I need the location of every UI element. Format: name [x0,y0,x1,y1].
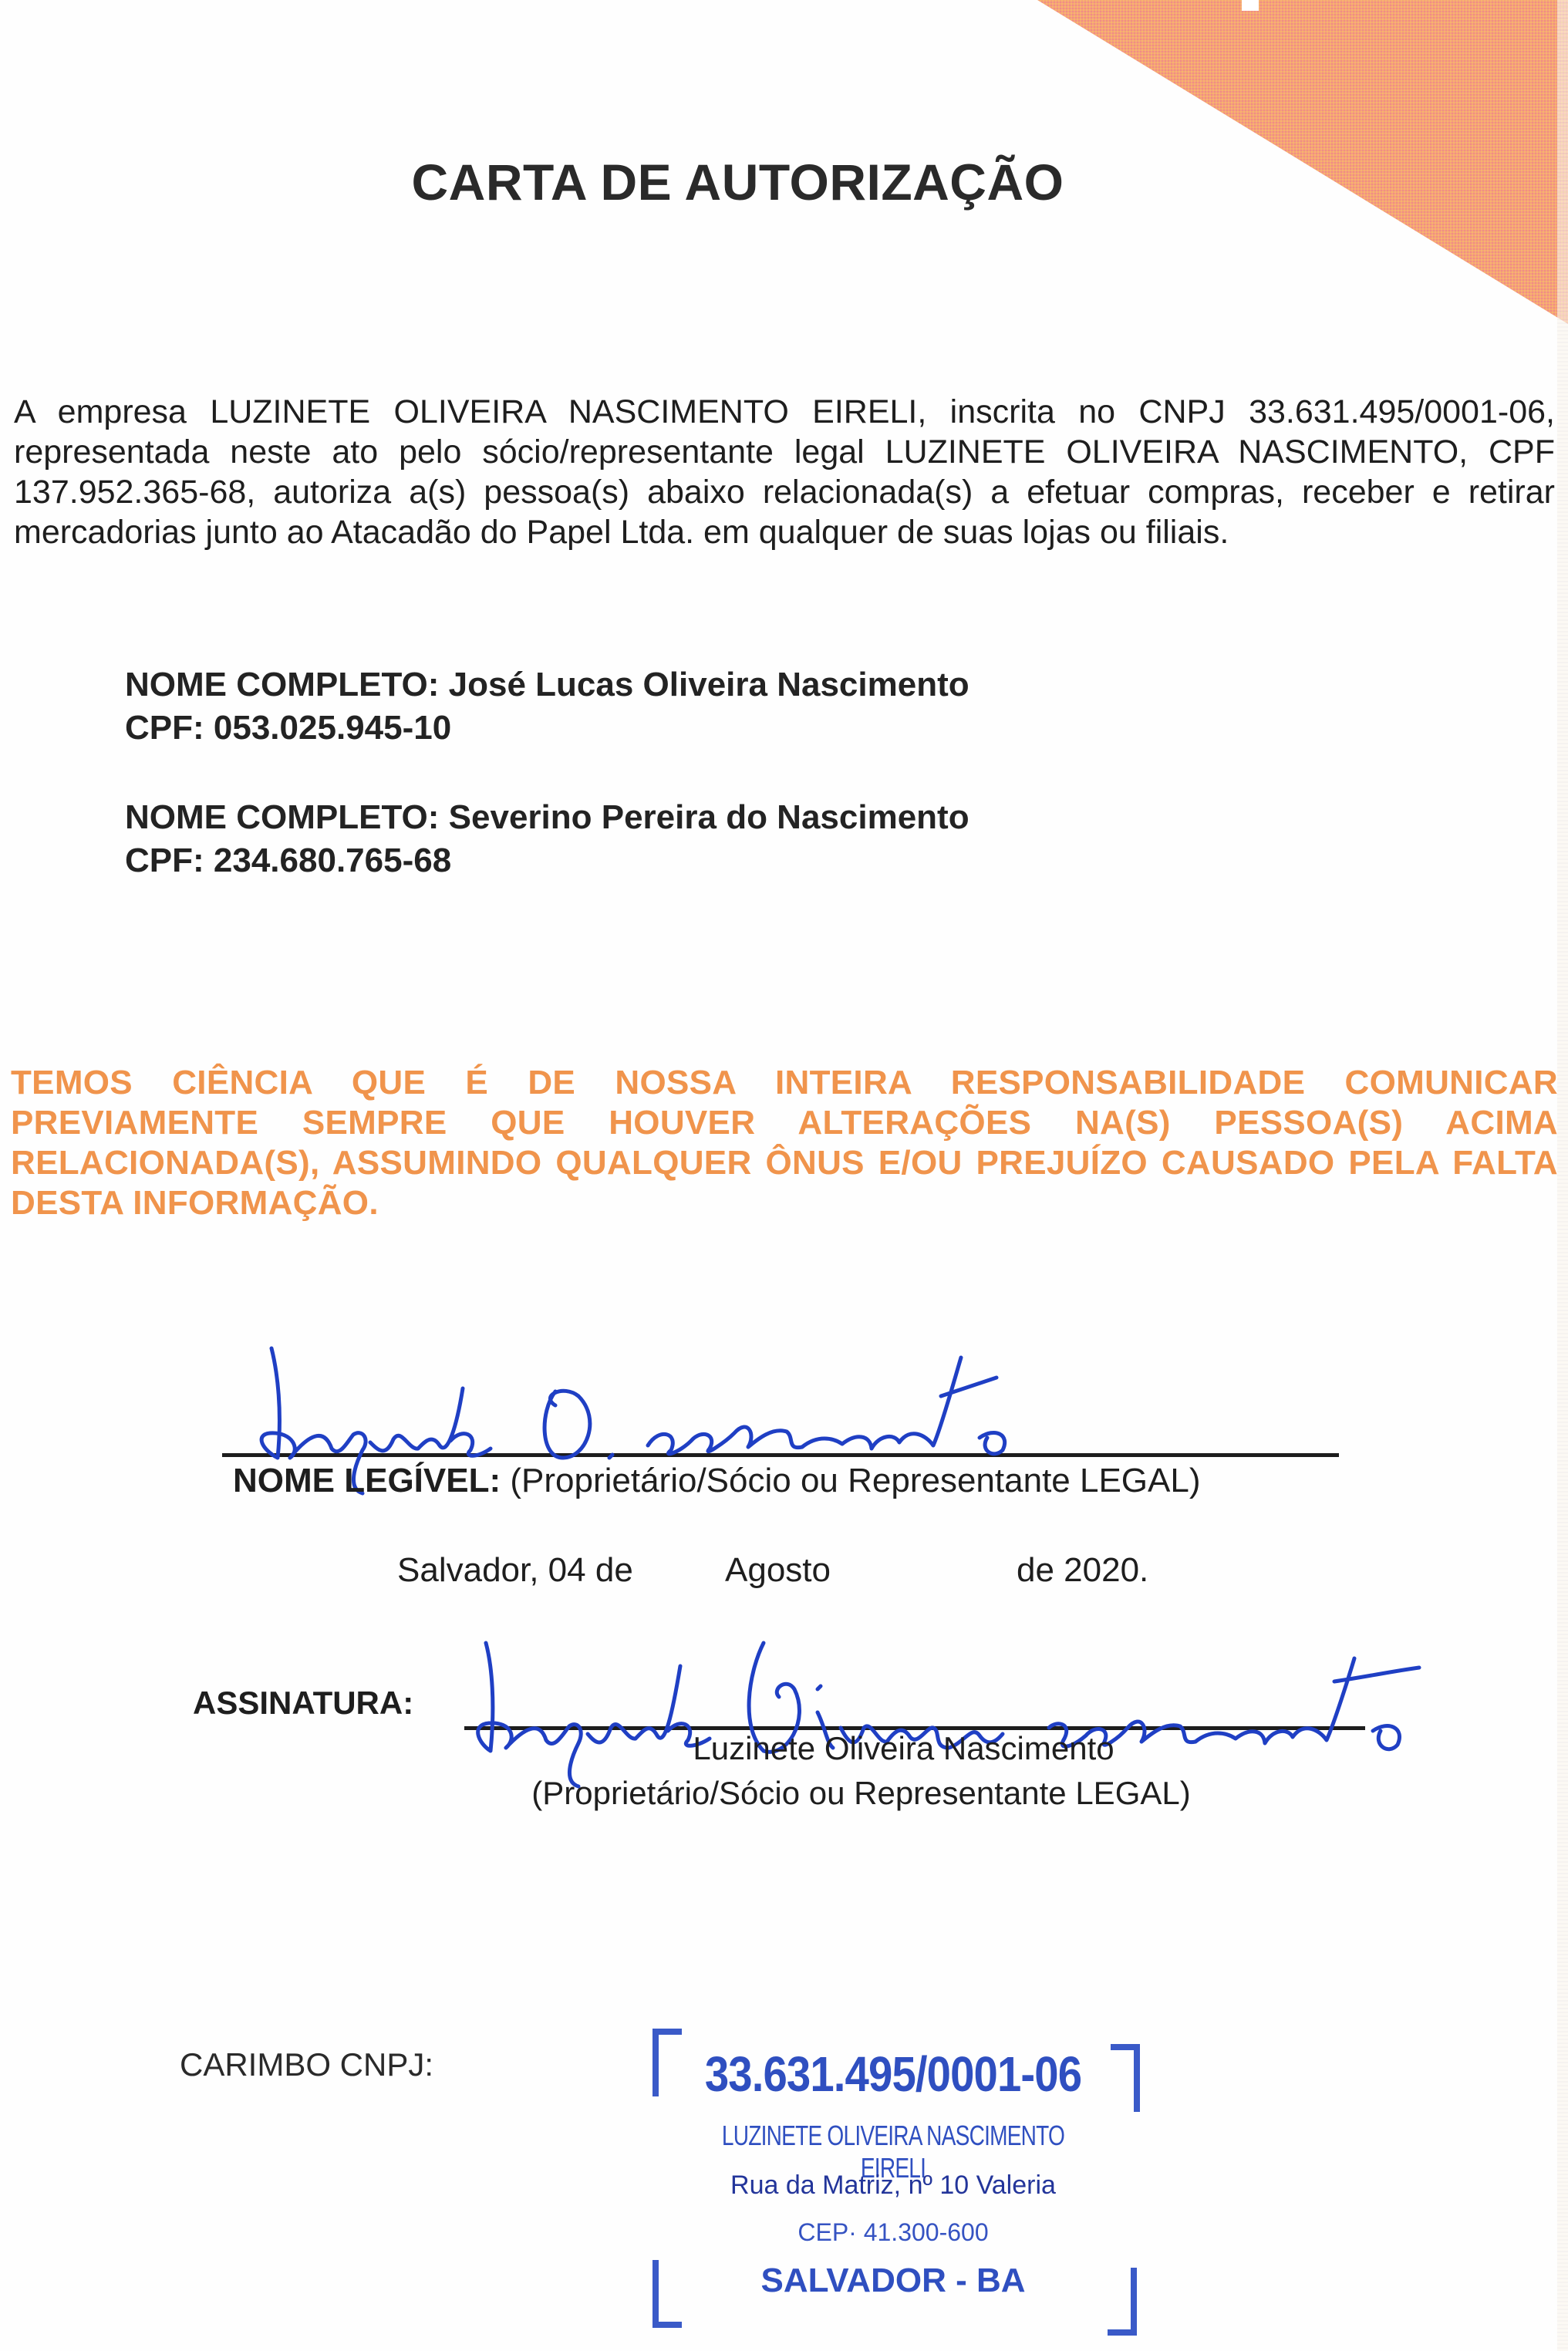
person-name-row: NOME COMPLETO: Severino Pereira do Nasci… [125,796,969,839]
stamp-bracket [1111,2044,1140,2112]
name-label: NOME COMPLETO: [125,666,439,703]
person-name: José Lucas Oliveira Nascimento [449,666,969,703]
date-city-day: Salvador, 04 de [397,1549,633,1592]
stamp-cnpj: 33.631.495/0001-06 [676,2046,1110,2103]
authorized-person: NOME COMPLETO: Severino Pereira do Nasci… [125,796,969,882]
nome-legivel-caption: (Proprietário/Sócio ou Representante LEG… [510,1462,1200,1499]
name-label: NOME COMPLETO: [125,798,439,836]
date-month: Agosto [725,1549,831,1592]
carimbo-label: CARIMBO CNPJ: [180,2044,433,2086]
person-cpf-row: CPF: 053.025.945-10 [125,707,969,750]
document-page: CARTA DE AUTORIZAÇÃO A empresa LUZINETE … [0,0,1568,2351]
person-cpf-row: CPF: 234.680.765-68 [125,839,969,882]
date-year: de 2020. [1017,1549,1148,1592]
scan-edge [1557,0,1568,2351]
cnpj-stamp: 33.631.495/0001-06 LUZINETE OLIVEIRA NAS… [646,2021,1155,2337]
cpf-label: CPF: [125,709,204,747]
signer-role: (Proprietário/Sócio ou Representante LEG… [0,1773,1568,1814]
cpf-label: CPF: [125,842,204,879]
person-name: Severino Pereira do Nascimento [449,798,969,836]
page-title: CARTA DE AUTORIZAÇÃO [0,153,1522,211]
signature-line [222,1453,1339,1457]
stamp-address: Rua da Matriz, nº 10 Valeria [646,2171,1140,2201]
person-cpf: 234.680.765-68 [214,842,451,879]
nome-legivel-label: NOME LEGÍVEL: [233,1462,501,1499]
responsibility-notice: TEMOS CIÊNCIA QUE É DE NOSSA INTEIRA RES… [11,1063,1558,1223]
person-cpf: 053.025.945-10 [214,709,451,747]
nome-legivel-line: NOME LEGÍVEL: (Proprietário/Sócio ou Rep… [233,1459,1201,1503]
stamp-city: SALVADOR - BA [646,2262,1140,2300]
intro-paragraph: A empresa LUZINETE OLIVEIRA NASCIMENTO E… [14,392,1555,552]
assinatura-label: ASSINATURA: [193,1681,413,1725]
signer-name: Luzinete Oliveira Nascimento [0,1728,1568,1769]
signer-name-text: Luzinete Oliveira Nascimento [693,1730,1114,1766]
signer-role-text: (Proprietário/Sócio ou Representante LEG… [531,1775,1190,1811]
stamp-cep: CEP· 41.300-600 [646,2218,1140,2247]
person-name-row: NOME COMPLETO: José Lucas Oliveira Nasci… [125,663,969,707]
authorized-person: NOME COMPLETO: José Lucas Oliveira Nasci… [125,663,969,750]
